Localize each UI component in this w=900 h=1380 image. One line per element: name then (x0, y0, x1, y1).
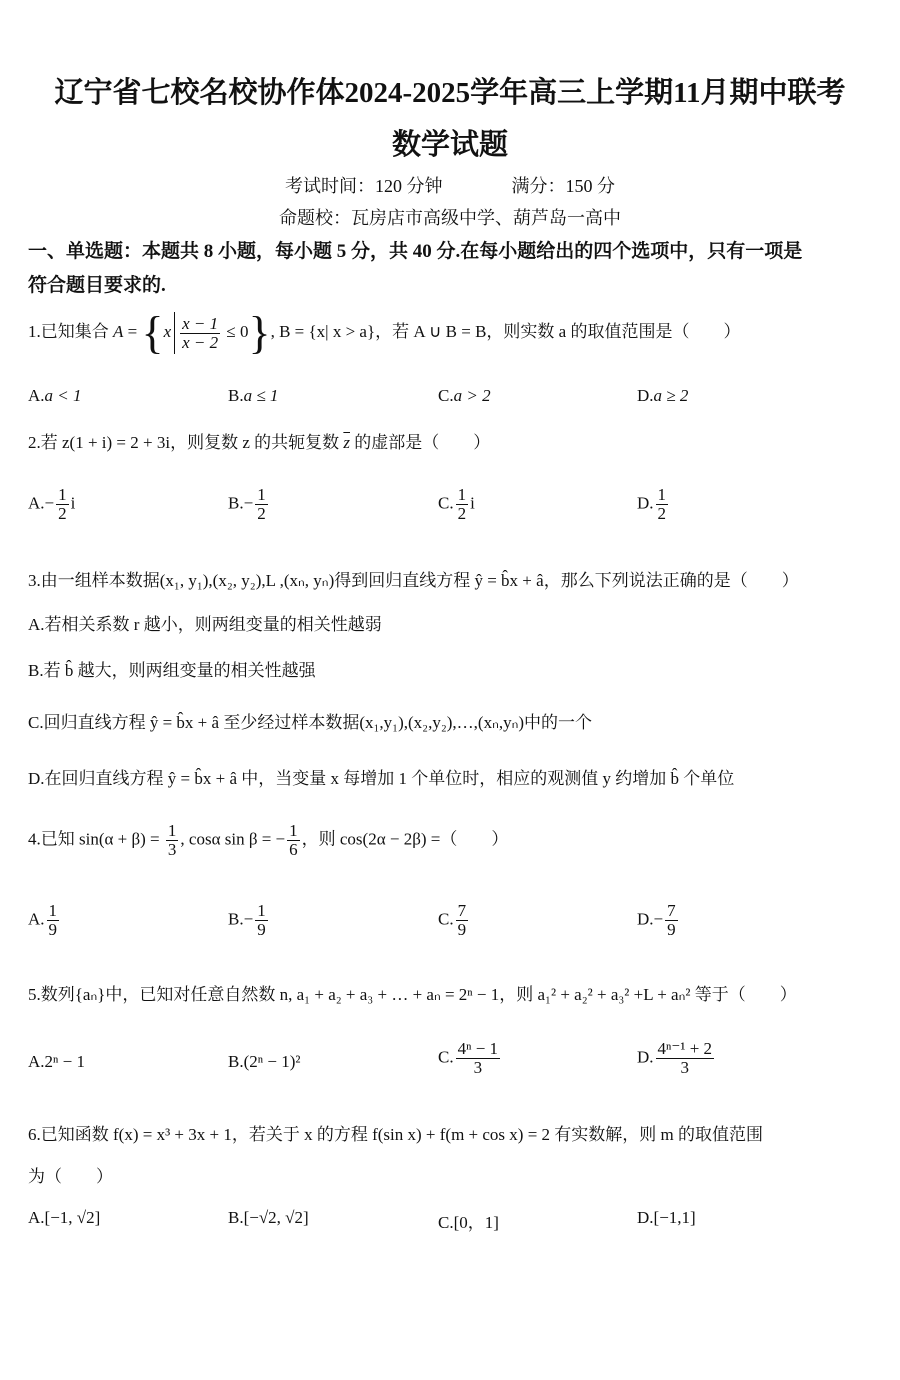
q4-option-d[interactable]: D.−79 (637, 902, 680, 939)
option-label: A. (28, 615, 45, 634)
question-1-prefix: 1.已知集合 (28, 322, 113, 341)
question-4-prefix: 4.已知 sin(α + β) = (28, 829, 164, 848)
option-label: C. (438, 1047, 454, 1066)
option-label: B. (228, 1052, 244, 1071)
exam-schools: 命题校：瓦房店市高级中学、葫芦岛一高中 (0, 204, 900, 230)
q2-option-d[interactable]: D.12 (637, 486, 670, 523)
question-1: 1.已知集合 A = {xx − 1x − 2 ≤ 0}, B = {x| x … (28, 310, 740, 356)
option-value: [−1,1] (654, 1208, 696, 1227)
left-brace: { (141, 307, 163, 358)
denominator: 2 (255, 505, 268, 523)
question-2-suffix: 的虚部是（ ） (350, 433, 490, 452)
option-label: B. (228, 386, 244, 405)
denominator: 9 (255, 921, 268, 939)
fraction-numerator: x − 1 (180, 315, 220, 334)
denominator: 2 (56, 505, 69, 523)
question-2-text: 2.若 z(1 + i) = 2 + 3i，则复数 z 的共轭复数 (28, 433, 343, 452)
exam-time: 考试时间：120 分钟 (285, 176, 443, 196)
option-value: 若 b̂ 越大，则两组变量的相关性越强 (44, 661, 316, 680)
fraction: 12 (456, 486, 469, 523)
option-label: B. (228, 1208, 244, 1227)
option-label: A. (28, 386, 45, 405)
option-label: C. (438, 493, 454, 512)
fraction: 79 (665, 902, 678, 939)
equals-sign: = (123, 322, 141, 341)
numerator: 1 (56, 486, 69, 505)
minus-sign: − (244, 909, 254, 928)
option-label: C. (438, 1213, 454, 1232)
denominator: 3 (166, 841, 179, 859)
denominator: 3 (679, 1059, 692, 1077)
q3-option-c[interactable]: C.回归直线方程 ŷ = b̂x + â 至少经过样本数据(x₁,y₁),(x₂… (28, 708, 592, 733)
fraction-denominator: x − 2 (180, 334, 220, 352)
numerator: 7 (665, 902, 678, 921)
option-label: C. (438, 386, 454, 405)
option-value: a < 1 (45, 386, 82, 405)
numerator: 1 (287, 822, 300, 841)
imaginary-unit: i (470, 493, 475, 512)
option-label: A. (28, 493, 45, 512)
q6-option-a[interactable]: A.[−1, √2] (28, 1208, 100, 1228)
set-a-symbol: A (113, 322, 123, 341)
option-label: B. (228, 493, 244, 512)
numerator: 1 (656, 486, 669, 505)
option-value: 在回归直线方程 ŷ = b̂x + â 中，当变量 x 每增加 1 个单位时，相… (45, 769, 735, 788)
q5-option-d[interactable]: D.4ⁿ⁻¹ + 23 (637, 1040, 716, 1077)
minus-sign: − (244, 493, 254, 512)
option-label: D. (637, 386, 654, 405)
q2-option-a[interactable]: A.−12i (28, 486, 75, 523)
option-value: a > 2 (454, 386, 491, 405)
imaginary-unit: i (71, 493, 76, 512)
q1-fraction: x − 1x − 2 (180, 315, 220, 352)
question-4-suffix: ，则 cos(2α − 2β) =（ ） (302, 829, 509, 848)
q3-option-b[interactable]: B.若 b̂ 越大，则两组变量的相关性越强 (28, 656, 316, 681)
q3-option-d[interactable]: D.在回归直线方程 ŷ = b̂x + â 中，当变量 x 每增加 1 个单位时… (28, 764, 734, 789)
exam-title: 辽宁省七校名校协作体2024-2025学年高三上学期11月期中联考 (0, 70, 900, 111)
q4-option-a[interactable]: A.19 (28, 902, 61, 939)
denominator: 9 (665, 921, 678, 939)
q4-option-c[interactable]: C.79 (438, 902, 470, 939)
denominator: 3 (472, 1059, 485, 1077)
denominator: 9 (47, 921, 60, 939)
q5-option-c[interactable]: C.4ⁿ − 13 (438, 1040, 502, 1077)
option-label: B. (228, 909, 244, 928)
numerator: 4ⁿ − 1 (456, 1040, 500, 1059)
option-value: [−1, √2] (45, 1208, 101, 1227)
numerator: 1 (255, 486, 268, 505)
option-label: C. (28, 713, 44, 732)
z-conjugate: z (343, 433, 350, 452)
set-bar (174, 312, 175, 354)
option-value: 若相关系数 r 越小，则两组变量的相关性越弱 (45, 615, 382, 634)
fraction: 12 (255, 486, 268, 523)
option-label: A. (28, 1208, 45, 1227)
fraction: 19 (255, 902, 268, 939)
numerator: 1 (166, 822, 179, 841)
q2-option-c[interactable]: C.12i (438, 486, 475, 523)
fraction: 19 (47, 902, 60, 939)
denominator: 6 (287, 841, 300, 859)
q1-option-b[interactable]: B.a ≤ 1 (228, 386, 278, 406)
denominator: 2 (456, 505, 469, 523)
q6-option-b[interactable]: B.[−√2, √2] (228, 1208, 309, 1228)
option-label: C. (438, 909, 454, 928)
fraction: 12 (656, 486, 669, 523)
question-2: 2.若 z(1 + i) = 2 + 3i，则复数 z 的共轭复数 z 的虚部是… (28, 428, 490, 453)
question-4-mid: , cosα sin β = − (180, 829, 285, 848)
q1-option-d[interactable]: D.a ≥ 2 (637, 386, 688, 406)
le-zero: ≤ 0 (222, 322, 248, 341)
fraction: 4ⁿ⁻¹ + 23 (656, 1040, 715, 1077)
numerator: 1 (456, 486, 469, 505)
option-label: B. (28, 661, 44, 680)
q5-option-b[interactable]: B.(2ⁿ − 1)² (228, 1052, 300, 1072)
question-1-suffix: ，若 A ∪ B = B，则实数 a 的取值范围是（ ） (375, 322, 740, 341)
q6-option-d[interactable]: D.[−1,1] (637, 1208, 696, 1228)
option-value: [0，1] (454, 1213, 499, 1232)
set-b: , B = {x| x > a} (271, 322, 376, 341)
exam-subtitle: 数学试题 (0, 122, 900, 163)
option-value: [−√2, √2] (244, 1208, 309, 1227)
option-value: 2ⁿ − 1 (45, 1052, 85, 1071)
exam-info: 考试时间：120 分钟 满分：150 分 (0, 172, 900, 198)
q2-option-b[interactable]: B.−12 (228, 486, 270, 523)
q4-option-b[interactable]: B.−19 (228, 902, 270, 939)
fraction-one-sixth: 16 (287, 822, 300, 859)
option-label: D. (637, 1047, 654, 1066)
numerator: 1 (47, 902, 60, 921)
full-score: 满分：150 分 (512, 176, 616, 196)
set-variable: x (164, 322, 172, 341)
q3-option-a[interactable]: A.若相关系数 r 越小，则两组变量的相关性越弱 (28, 610, 382, 635)
right-brace: } (249, 307, 271, 358)
minus-sign: − (45, 493, 55, 512)
section-heading-line2: 符合题目要求的. (28, 270, 166, 297)
fraction-one-third: 13 (166, 822, 179, 859)
question-6-line1: 6.已知函数 f(x) = x³ + 3x + 1，若关于 x 的方程 f(si… (28, 1120, 763, 1145)
option-value: a ≤ 1 (244, 386, 279, 405)
denominator: 9 (456, 921, 469, 939)
option-value: a ≥ 2 (654, 386, 689, 405)
minus-sign: − (654, 909, 664, 928)
question-3: 3.由一组样本数据(x₁, y₁),(x₂, y₂),L ,(xₙ, yₙ)得到… (28, 566, 799, 591)
option-label: D. (637, 493, 654, 512)
question-4: 4.已知 sin(α + β) = 13, cosα sin β = −16，则… (28, 822, 508, 859)
option-label: D. (28, 769, 45, 788)
fraction: 4ⁿ − 13 (456, 1040, 500, 1077)
fraction: 12 (56, 486, 69, 523)
question-5: 5.数列{aₙ}中，已知对任意自然数 n, a₁ + a₂ + a₃ + … +… (28, 980, 797, 1005)
numerator: 4ⁿ⁻¹ + 2 (656, 1040, 715, 1059)
option-label: A. (28, 909, 45, 928)
denominator: 2 (656, 505, 669, 523)
numerator: 1 (255, 902, 268, 921)
q6-option-c[interactable]: C.[0，1] (438, 1208, 499, 1233)
section-heading-line1: 一、单选题：本题共 8 小题，每小题 5 分，共 40 分.在每小题给出的四个选… (28, 236, 802, 263)
numerator: 7 (456, 902, 469, 921)
q1-option-c[interactable]: C.a > 2 (438, 386, 491, 406)
option-label: A. (28, 1052, 45, 1071)
option-value: (2ⁿ − 1)² (244, 1052, 301, 1071)
option-value: 回归直线方程 ŷ = b̂x + â 至少经过样本数据(x₁,y₁),(x₂,y… (44, 713, 592, 732)
q1-option-a[interactable]: A.a < 1 (28, 386, 82, 406)
question-6-line2: 为（ ） (28, 1162, 113, 1187)
option-label: D. (637, 1208, 654, 1227)
fraction: 79 (456, 902, 469, 939)
option-label: D. (637, 909, 654, 928)
q5-option-a[interactable]: A.2ⁿ − 1 (28, 1052, 85, 1072)
